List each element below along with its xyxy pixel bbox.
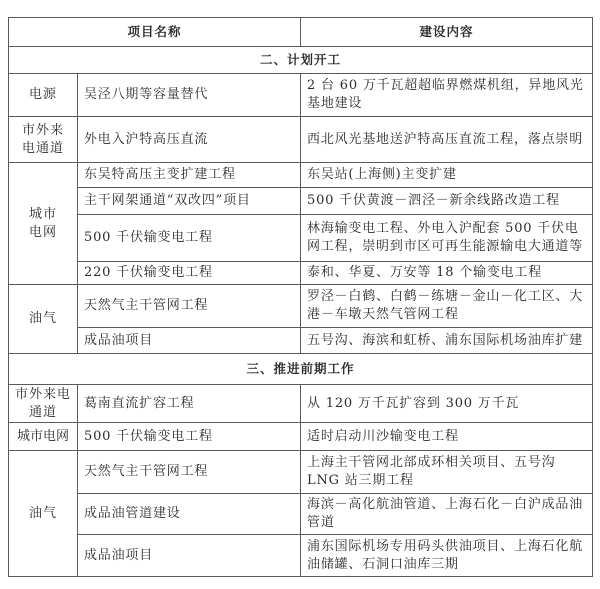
category-cell: 电源	[9, 74, 78, 117]
content-cell: 林海输变电工程、外电入沪配套 500 千伏电网工程，崇明到市区可再生能源输电大通…	[301, 215, 593, 262]
content-cell: 海滨－高化航油管道、上海石化－白沪成品油管道	[301, 494, 593, 535]
project-name-cell: 500 千伏输变电工程	[78, 215, 301, 262]
table-row: 市外来电通道 葛南直流扩容工程 从 120 万千瓦扩容到 300 万千瓦	[9, 385, 593, 423]
section-row: 三、推进前期工作	[9, 354, 593, 385]
content-cell: 适时启动川沙输变电工程	[301, 423, 593, 451]
content-cell: 五号沟、海滨和虹桥、浦东国际机场油库扩建	[301, 328, 593, 354]
project-name-cell: 东吴特高压主变扩建工程	[78, 163, 301, 188]
project-name-cell: 天然气主干管网工程	[78, 451, 301, 494]
content-cell: 罗泾－白鹤、白鹤－练塘－金山－化工区、大港－车墩天然气管网工程	[301, 285, 593, 328]
table-row: 城市电网 东吴特高压主变扩建工程 东吴站(上海侧)主变扩建	[9, 163, 593, 188]
section-title: 二、计划开工	[9, 47, 593, 74]
project-name-cell: 500 千伏输变电工程	[78, 423, 301, 451]
content-cell: 从 120 万千瓦扩容到 300 万千瓦	[301, 385, 593, 423]
table-row: 城市电网 500 千伏输变电工程 适时启动川沙输变电工程	[9, 423, 593, 451]
content-cell: 东吴站(上海侧)主变扩建	[301, 163, 593, 188]
table-row: 成品油管道建设 海滨－高化航油管道、上海石化－白沪成品油管道	[9, 494, 593, 535]
header-construction-content: 建设内容	[301, 18, 593, 47]
content-cell: 泰和、华夏、万安等 18 个输变电工程	[301, 262, 593, 285]
table-row: 油气 天然气主干管网工程 罗泾－白鹤、白鹤－练塘－金山－化工区、大港－车墩天然气…	[9, 285, 593, 328]
category-cell: 油气	[9, 285, 78, 354]
content-cell: 2 台 60 万千瓦超超临界燃煤机组，异地风光基地建设	[301, 74, 593, 117]
table-row: 油气 天然气主干管网工程 上海主干管网北部成环相关项目、五号沟 LNG 站三期工…	[9, 451, 593, 494]
content-cell: 西北风光基地送沪特高压直流工程，落点崇明	[301, 117, 593, 163]
table-row: 主干网架通道“双改四”项目 500 千伏黄渡－泗泾－新余线路改造工程	[9, 188, 593, 215]
table-row: 220 千伏输变电工程 泰和、华夏、万安等 18 个输变电工程	[9, 262, 593, 285]
table-row: 500 千伏输变电工程 林海输变电工程、外电入沪配套 500 千伏电网工程，崇明…	[9, 215, 593, 262]
project-name-cell: 外电入沪特高压直流	[78, 117, 301, 163]
category-cell: 油气	[9, 451, 78, 577]
category-cell: 城市电网	[9, 423, 78, 451]
project-name-cell: 主干网架通道“双改四”项目	[78, 188, 301, 215]
category-cell: 市外来电通道	[9, 117, 78, 163]
project-name-cell: 天然气主干管网工程	[78, 285, 301, 328]
project-name-cell: 220 千伏输变电工程	[78, 262, 301, 285]
project-table: 项目名称 建设内容 二、计划开工 电源 吴泾八期等容量替代 2 台 60 万千瓦…	[8, 17, 593, 577]
project-name-cell: 成品油管道建设	[78, 494, 301, 535]
category-cell: 市外来电通道	[9, 385, 78, 423]
content-cell: 上海主干管网北部成环相关项目、五号沟 LNG 站三期工程	[301, 451, 593, 494]
project-name-cell: 成品油项目	[78, 328, 301, 354]
header-project-name: 项目名称	[9, 18, 301, 47]
project-name-cell: 成品油项目	[78, 535, 301, 577]
content-cell: 500 千伏黄渡－泗泾－新余线路改造工程	[301, 188, 593, 215]
category-cell: 城市电网	[9, 163, 78, 285]
project-name-cell: 吴泾八期等容量替代	[78, 74, 301, 117]
table-row: 市外来电通道 外电入沪特高压直流 西北风光基地送沪特高压直流工程，落点崇明	[9, 117, 593, 163]
table-row: 成品油项目 浦东国际机场专用码头供油项目、上海石化航油储罐、石洞口油库三期	[9, 535, 593, 577]
section-title: 三、推进前期工作	[9, 354, 593, 385]
content-cell: 浦东国际机场专用码头供油项目、上海石化航油储罐、石洞口油库三期	[301, 535, 593, 577]
section-row: 二、计划开工	[9, 47, 593, 74]
header-row: 项目名称 建设内容	[9, 18, 593, 47]
table-row: 成品油项目 五号沟、海滨和虹桥、浦东国际机场油库扩建	[9, 328, 593, 354]
project-name-cell: 葛南直流扩容工程	[78, 385, 301, 423]
table-row: 电源 吴泾八期等容量替代 2 台 60 万千瓦超超临界燃煤机组，异地风光基地建设	[9, 74, 593, 117]
